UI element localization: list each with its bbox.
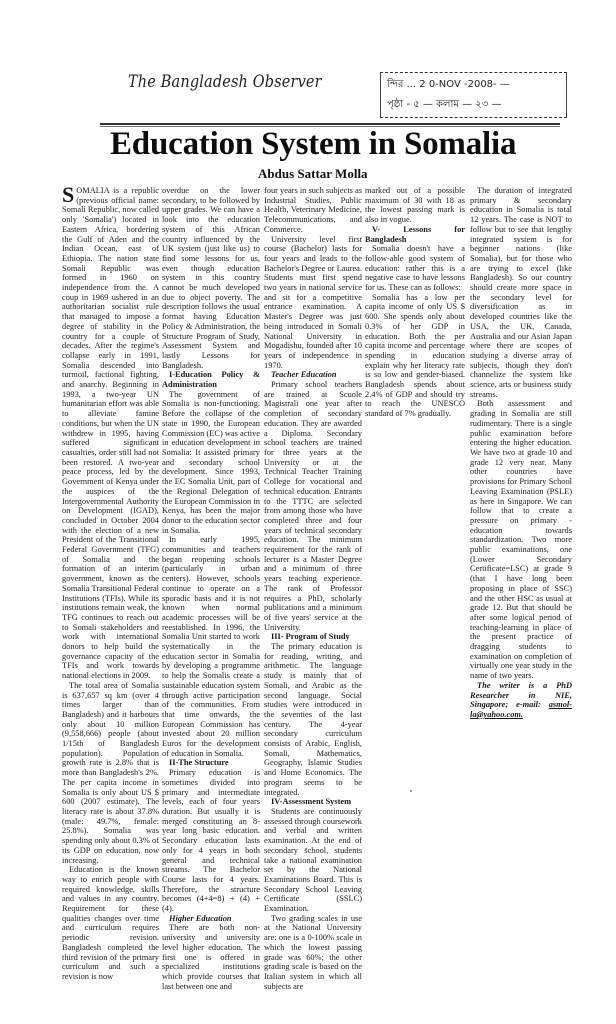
paragraph: Education is the known way to enrich peo… <box>62 865 159 981</box>
scan-speck <box>410 790 412 792</box>
paragraph: Both assessment and grading in Somalia a… <box>470 399 572 680</box>
masthead: The Bangladesh Observer <box>128 72 322 92</box>
section-heading-assessment: IV-Assessment System <box>264 797 362 807</box>
paragraph: The total area of Somalia is 637,657 sq … <box>62 681 159 865</box>
article-column-4: marked out of a possible maximum of 30 w… <box>365 186 465 419</box>
subheading-higher-education: Higher Education <box>162 914 260 924</box>
lead-paragraph: SOMALIA is a republic (previous official… <box>62 186 159 681</box>
paragraph: The government of Somalia is non-functio… <box>162 390 260 536</box>
drop-cap: S <box>62 186 76 204</box>
paragraph: Primary education is sometimes divided i… <box>162 768 260 914</box>
paragraph: Somalia has a low per capita income of o… <box>365 293 465 419</box>
section-heading-lessons: V- Lessons for Bangladesh <box>365 225 465 244</box>
paragraph: marked out of a possible maximum of 30 w… <box>365 186 465 225</box>
paragraph: University level first course (Bachelor)… <box>264 235 362 371</box>
section-heading-structure: II-The Structure <box>162 758 260 768</box>
paragraph: The primary education is for reading, wr… <box>264 642 362 797</box>
byline: Abdus Sattar Molla <box>258 166 368 182</box>
subheading-teacher-education: Teacher Education <box>264 370 362 380</box>
headline: Education System in Somalia <box>110 126 516 163</box>
paragraph: overdue on the lower secondary, to be fo… <box>162 186 260 370</box>
paragraph: four years in such subjects as Industria… <box>264 186 362 235</box>
scan-speck <box>305 848 307 850</box>
article-column-3: four years in such subjects as Industria… <box>264 186 362 991</box>
paragraph: There are both non-university and univer… <box>162 923 260 991</box>
paragraph: Somalia doesn't have a follow-able good … <box>365 244 465 293</box>
paragraph: The duration of integrated primary & sec… <box>470 186 572 399</box>
paragraph: In early 1995, communities and teachers … <box>162 535 260 758</box>
section-heading-program: III- Program of Study <box>264 632 362 642</box>
paragraph: Students are continuously assessed throu… <box>264 807 362 914</box>
lead-text: OMALIA is a republic (previous official … <box>62 186 159 680</box>
scan-speck <box>200 820 202 822</box>
article-column-1: SOMALIA is a republic (previous official… <box>62 186 159 982</box>
author-note: The writer is a PhD Researcher in NIE, S… <box>470 681 572 720</box>
article-column-5: The duration of integrated primary & sec… <box>470 186 572 720</box>
date-stamp-line1: ন্দির ... 2 0-NOV -2008- — <box>387 77 510 94</box>
paragraph: Primary school teachers are trained at S… <box>264 380 362 632</box>
article-column-2: overdue on the lower secondary, to be fo… <box>162 186 260 991</box>
date-stamp: ন্দির ... 2 0-NOV -2008- — পৃষ্ঠা - ৫ — … <box>380 72 567 118</box>
header-rule <box>100 123 560 125</box>
paragraph: Two grading scales in use at the Nationa… <box>264 914 362 992</box>
section-heading-policy: I-Education Policy & Administration <box>162 370 260 389</box>
date-stamp-line2: পৃষ্ঠা - ৫ — কলাম — ২৩ — <box>387 97 501 114</box>
